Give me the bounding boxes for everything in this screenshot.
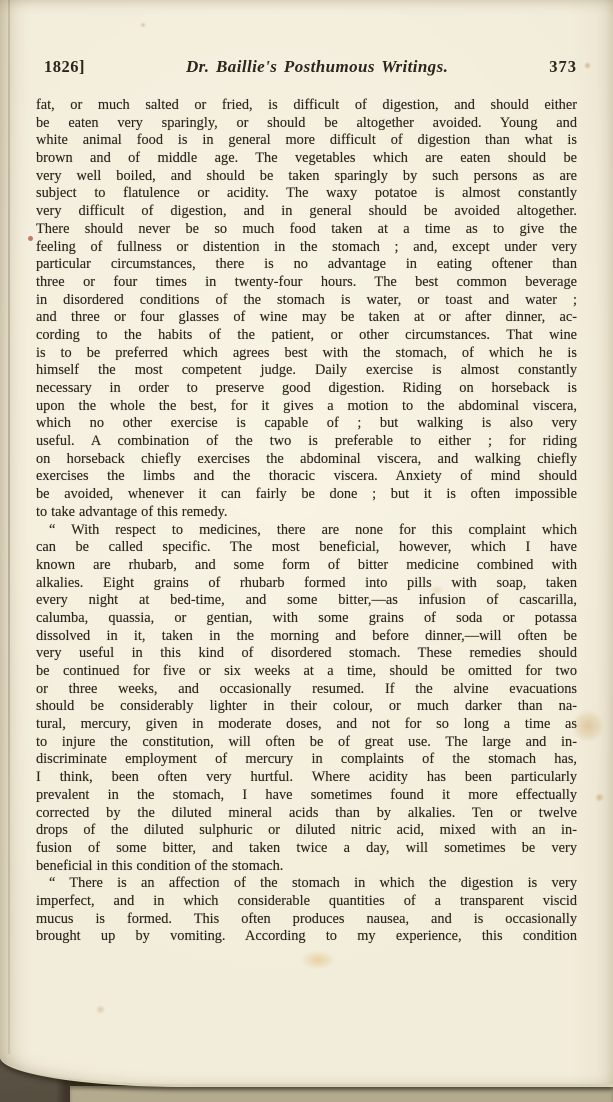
text-line: “ There is an affection of the stomach i… bbox=[36, 875, 577, 893]
text-line: drops of the diluted sulphuric or dilute… bbox=[36, 822, 577, 840]
text-line: be continued for five or six weeks at a … bbox=[36, 663, 577, 681]
text-line: necessary in order to preserve good dige… bbox=[36, 380, 577, 398]
text-line: to injure the constitution, will often b… bbox=[36, 734, 577, 752]
text-line: is to be preferred which agrees best wit… bbox=[36, 345, 577, 363]
paragraph: “ With respect to medicines, there are n… bbox=[36, 522, 577, 876]
running-head: 1826] Dr. Baillie's Posthumous Writings.… bbox=[44, 57, 577, 77]
foxing-stain bbox=[300, 950, 336, 970]
foxing-stain bbox=[584, 62, 591, 69]
text-line: dissolved in it, taken in the morning an… bbox=[36, 628, 577, 646]
text-line: brown and of middle age. The vegetables … bbox=[36, 150, 577, 168]
text-line: particular circumstances, there is no ad… bbox=[36, 256, 577, 274]
text-line: useful. A combination of the two is pref… bbox=[36, 433, 577, 451]
text-line: alkalies. Eight grains of rhubarb formed… bbox=[36, 575, 577, 593]
header-year: 1826] bbox=[44, 57, 85, 77]
text-line: in disordered conditions of the stomach … bbox=[36, 292, 577, 310]
text-line: beneficial in this condition of the stom… bbox=[36, 858, 577, 876]
text-line: be avoided, whenever it can fairly be do… bbox=[36, 486, 577, 504]
text-line: prevalent in the stomach, I have sometim… bbox=[36, 787, 577, 805]
foxing-stain bbox=[595, 793, 604, 802]
paragraph: fat, or much salted or fried, is difficu… bbox=[36, 97, 577, 522]
text-line: discriminate employment of mercury in co… bbox=[36, 751, 577, 769]
page-surface: 1826] Dr. Baillie's Posthumous Writings.… bbox=[0, 0, 613, 1087]
text-line: cording to the habits of the patient, or… bbox=[36, 327, 577, 345]
header-title: Dr. Baillie's Posthumous Writings. bbox=[186, 57, 448, 77]
text-line: mucus is formed. This often produces nau… bbox=[36, 911, 577, 929]
text-line: very well boiled, and should be taken sp… bbox=[36, 168, 577, 186]
text-line: fat, or much salted or fried, is difficu… bbox=[36, 97, 577, 115]
paragraph: “ There is an affection of the stomach i… bbox=[36, 875, 577, 946]
text-line: exercises the limbs and the thoracic vis… bbox=[36, 468, 577, 486]
text-line: There should never be so much food taken… bbox=[36, 221, 577, 239]
text-line: feeling of fullness or distention in the… bbox=[36, 239, 577, 257]
text-line: calumba, quassia, or gentian, with some … bbox=[36, 610, 577, 628]
text-line: fusion of some bitter, and taken twice a… bbox=[36, 840, 577, 858]
text-line: white animal food is in general more dif… bbox=[36, 132, 577, 150]
text-line: three or four times in twenty-four hours… bbox=[36, 274, 577, 292]
text-line: be eaten very sparingly, or should be al… bbox=[36, 115, 577, 133]
ink-speck bbox=[28, 236, 33, 241]
text-line: corrected by the diluted mineral acids t… bbox=[36, 805, 577, 823]
text-line: known are rhubarb, and some form of bitt… bbox=[36, 557, 577, 575]
text-line: can be called specific. The most benefic… bbox=[36, 539, 577, 557]
text-line: or three weeks, and occasionally resumed… bbox=[36, 681, 577, 699]
scanned-book-page: 1826] Dr. Baillie's Posthumous Writings.… bbox=[0, 0, 613, 1102]
text-line: every night at bed-time, and some bitter… bbox=[36, 592, 577, 610]
text-line: to take advantage of this remedy. bbox=[36, 504, 577, 522]
page-body-text: fat, or much salted or fried, is difficu… bbox=[36, 97, 577, 946]
text-line: very difficult of digestion, and in gene… bbox=[36, 203, 577, 221]
text-line: “ With respect to medicines, there are n… bbox=[36, 522, 577, 540]
text-line: imperfect, and in which considerable qua… bbox=[36, 893, 577, 911]
text-line: which no other exercise is capable of ; … bbox=[36, 415, 577, 433]
text-line: subject to flatulence or acidity. The wa… bbox=[36, 185, 577, 203]
foxing-stain bbox=[96, 1005, 105, 1014]
text-line: on horseback chiefly exercises the abdom… bbox=[36, 451, 577, 469]
text-line: himself the most competent judge. Daily … bbox=[36, 362, 577, 380]
text-line: I think, been often very hurtful. Where … bbox=[36, 769, 577, 787]
text-line: tural, mercury, given in moderate doses,… bbox=[36, 716, 577, 734]
text-line: upon the whole the best, for it gives a … bbox=[36, 398, 577, 416]
foxing-stain bbox=[140, 22, 146, 28]
text-line: very useful in this kind of disordered s… bbox=[36, 645, 577, 663]
text-line: should be considerably lighter in their … bbox=[36, 698, 577, 716]
text-line: brought up by vomiting. According to my … bbox=[36, 928, 577, 946]
header-page-number: 373 bbox=[549, 57, 577, 77]
text-line: and three or four glasses of wine may be… bbox=[36, 309, 577, 327]
